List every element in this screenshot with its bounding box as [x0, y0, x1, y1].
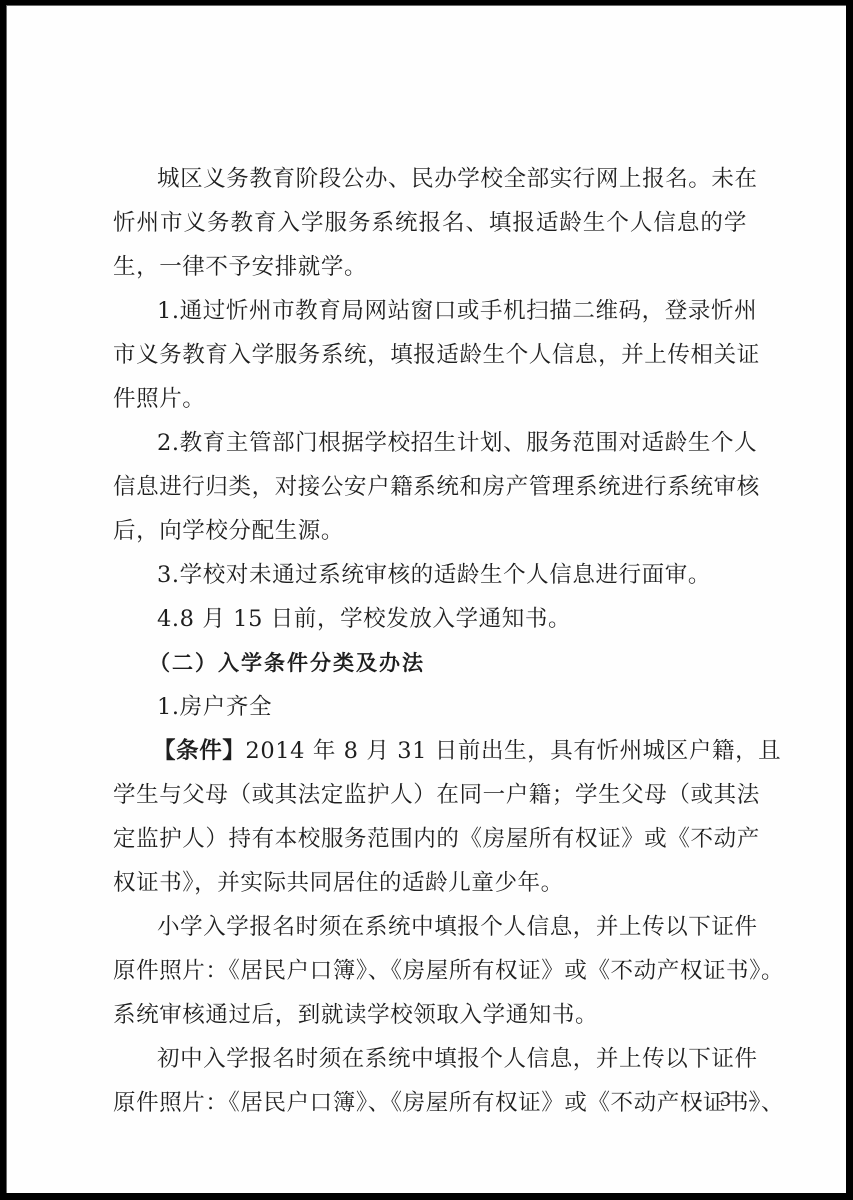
list-item-1-line: 件照片。	[113, 384, 205, 414]
paragraph-line: 小学入学报名时须在系统中填报个人信息，并上传以下证件	[157, 912, 747, 942]
paragraph-line: 权证书》，并实际共同居住的适龄儿童少年。	[113, 868, 564, 898]
condition-label: 【条件】	[153, 738, 245, 764]
subheading: 1.房户齐全	[157, 692, 272, 722]
paragraph-line: 学生与父母（或其法定监护人）在同一户籍；学生父母（或其法	[113, 780, 747, 810]
condition-line: 【条件】2014 年 8 月 31 日前出生，具有忻州城区户籍，且	[153, 736, 747, 766]
section-heading: （二）入学条件分类及办法	[149, 648, 425, 678]
page-number: - 3 -	[695, 1086, 762, 1112]
paragraph-line: 生，一律不予安排就学。	[113, 252, 367, 282]
list-item-2-line: 2.教育主管部门根据学校招生计划、服务范围对适龄生个人	[157, 428, 747, 458]
list-item-3-line: 3.学校对未通过系统审核的适龄生个人信息进行面审。	[157, 560, 711, 590]
paragraph-line: 定监护人）持有本校服务范围内的《房屋所有权证》或《不动产	[113, 824, 747, 854]
paragraph-line: 初中入学报名时须在系统中填报个人信息，并上传以下证件	[157, 1044, 747, 1074]
list-item-2-line: 后，向学校分配生源。	[113, 516, 344, 546]
list-item-4-line: 4.8 月 15 日前，学校发放入学通知书。	[157, 604, 571, 634]
paragraph-line: 原件照片：《居民户口簿》、《房屋所有权证》或《不动产权证书》、	[113, 1088, 747, 1118]
paragraph-line: 原件照片：《居民户口簿》、《房屋所有权证》或《不动产权证书》。	[113, 956, 747, 986]
condition-text: 2014 年 8 月 31 日前出生，具有忻州城区户籍，且	[245, 738, 781, 764]
paragraph-line: 系统审核通过后，到就读学校领取入学通知书。	[113, 1000, 598, 1030]
list-item-1-line: 1.通过忻州市教育局网站窗口或手机扫描二维码，登录忻州	[157, 296, 747, 326]
list-item-2-line: 信息进行归类，对接公安户籍系统和房产管理系统进行系统审核	[113, 472, 747, 502]
paragraph-line: 城区义务教育阶段公办、民办学校全部实行网上报名。未在	[157, 164, 747, 194]
document-page: 城区义务教育阶段公办、民办学校全部实行网上报名。未在 忻州市义务教育入学服务系统…	[6, 5, 846, 1193]
list-item-1-line: 市义务教育入学服务系统，填报适龄生个人信息，并上传相关证	[113, 340, 747, 370]
paragraph-line: 忻州市义务教育入学服务系统报名、填报适龄生个人信息的学	[113, 208, 747, 238]
